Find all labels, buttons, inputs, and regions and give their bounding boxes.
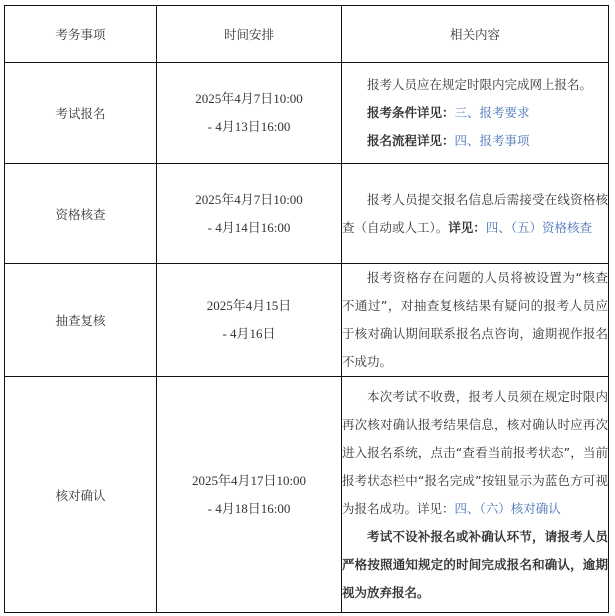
row-time: 2025年4月17日10:00 - 4月18日16:00 [157, 377, 342, 613]
row-time: 2025年4月7日10:00 - 4月14日16:00 [157, 164, 342, 264]
time-end: - 4月16日 [157, 320, 341, 348]
link-requirements[interactable]: 三、报考要求 [455, 105, 530, 120]
header-related-content: 相关内容 [342, 6, 609, 63]
row-time: 2025年4月7日10:00 - 4月13日16:00 [157, 63, 342, 164]
row-content: 本次考试不收费，报考人员须在规定时限内再次核对确认报考结果信息，核对确认时应再次… [342, 377, 609, 613]
link-procedures[interactable]: 四、报考事项 [455, 133, 530, 148]
time-end: - 4月18日16:00 [157, 495, 341, 523]
row-item-spot-check: 抽查复核 [5, 264, 157, 377]
row-content: 报考人员应在规定时限内完成网上报名。 报考条件详见：三、报考要求 报名流程详见：… [342, 63, 609, 164]
content-label: 报考条件详见： [367, 105, 455, 120]
time-start: 2025年4月15日 [157, 292, 341, 320]
exam-schedule-table: 考务事项 时间安排 相关内容 考试报名 2025年4月7日10:00 - 4月1… [4, 5, 609, 613]
table-row: 抽查复核 2025年4月15日 - 4月16日 报考资格存在问题的人员将被设置为… [5, 264, 609, 377]
content-label: 报名流程详见： [367, 133, 455, 148]
content-text: 报考资格存在问题的人员将被设置为“核查不通过”，对抽查复核结果有疑问的报考人员应… [342, 264, 608, 376]
row-item-confirmation: 核对确认 [5, 377, 157, 613]
time-start: 2025年4月7日10:00 [157, 85, 341, 113]
content-label: 详见： [448, 220, 486, 235]
table-row: 资格核查 2025年4月7日10:00 - 4月14日16:00 报考人员提交报… [5, 164, 609, 264]
row-time: 2025年4月15日 - 4月16日 [157, 264, 342, 377]
table-row: 核对确认 2025年4月17日10:00 - 4月18日16:00 本次考试不收… [5, 377, 609, 613]
content-text: 本次考试不收费，报考人员须在规定时限内再次核对确认报考结果信息，核对确认时应再次… [342, 389, 608, 516]
link-qualification-check[interactable]: 四、（五）资格核查 [486, 220, 592, 235]
row-item-registration: 考试报名 [5, 63, 157, 164]
bold-note: 考试不设补报名或补确认环节，请报考人员严格按照通知规定的时间完成报名和确认，逾期… [342, 523, 608, 607]
header-exam-item: 考务事项 [5, 6, 157, 63]
link-confirmation[interactable]: 四、（六）核对确认 [455, 501, 561, 516]
content-text: 报考人员应在规定时限内完成网上报名。 [342, 71, 608, 99]
time-end: - 4月13日16:00 [157, 113, 341, 141]
header-row: 考务事项 时间安排 相关内容 [5, 6, 609, 63]
time-start: 2025年4月17日10:00 [157, 467, 341, 495]
header-time-schedule: 时间安排 [157, 6, 342, 63]
row-item-qualification: 资格核查 [5, 164, 157, 264]
table-row: 考试报名 2025年4月7日10:00 - 4月13日16:00 报考人员应在规… [5, 63, 609, 164]
row-content: 报考资格存在问题的人员将被设置为“核查不通过”，对抽查复核结果有疑问的报考人员应… [342, 264, 609, 377]
time-end: - 4月14日16:00 [157, 214, 341, 242]
time-start: 2025年4月7日10:00 [157, 186, 341, 214]
row-content: 报考人员提交报名信息后需接受在线资格核查（自动或人工）。详见：四、（五）资格核查 [342, 164, 609, 264]
